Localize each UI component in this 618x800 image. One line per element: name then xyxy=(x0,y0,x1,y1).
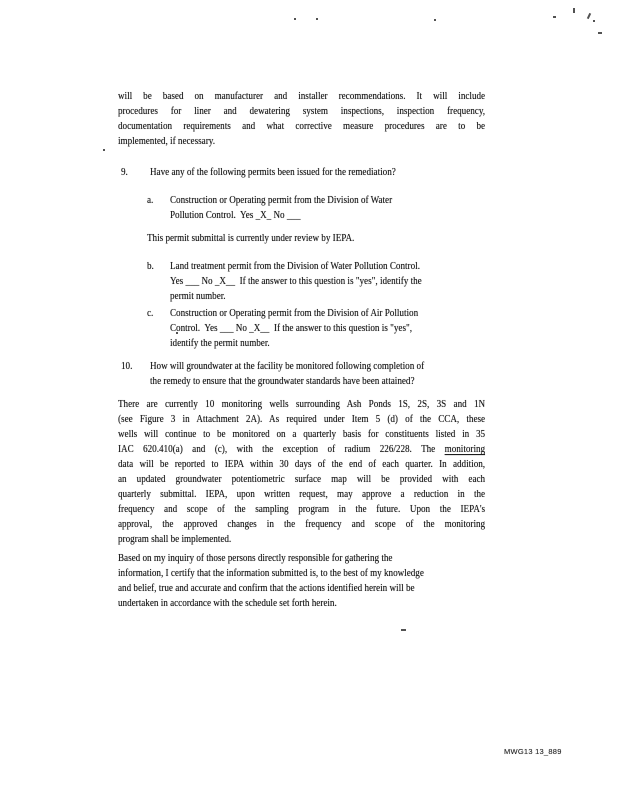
intro-paragraph: will be based on manufacturer and instal… xyxy=(118,89,485,149)
item-line: Construction or Operating permit from th… xyxy=(170,193,495,208)
item-line: Construction or Operating permit from th… xyxy=(170,306,495,321)
paragraph-line: approval, the approved changes in the fr… xyxy=(118,517,485,532)
paragraph-line: procedures for liner and dewatering syst… xyxy=(118,104,485,119)
item-9a-text: Construction or Operating permit from th… xyxy=(170,193,495,223)
scan-speck xyxy=(587,13,591,19)
question-9-text: Have any of the following permits been i… xyxy=(150,165,396,180)
paragraph-line: Based on my inquiry of those persons dir… xyxy=(118,551,485,566)
line-text: IAC 620.410(a) and (c), with the excepti… xyxy=(118,444,435,455)
scan-speck xyxy=(103,149,105,151)
item-line: Land treatment permit from the Division … xyxy=(170,259,495,274)
paragraph-line: (see Figure 3 in Attachment 2A). As requ… xyxy=(118,412,485,427)
paragraph-line: will be based on manufacturer and instal… xyxy=(118,89,485,104)
question-10-number: 10. xyxy=(121,359,132,374)
underlined-word: monitoring xyxy=(445,444,485,455)
scan-speck xyxy=(316,18,318,20)
scan-speck xyxy=(294,18,296,20)
item-line: Control. Yes ___ No _X__ If the answer t… xyxy=(170,321,495,336)
scan-speck xyxy=(593,20,595,22)
item-9b-letter: b. xyxy=(147,259,154,274)
permit-note: This permit submittal is currently under… xyxy=(147,231,354,246)
item-9a-letter: a. xyxy=(147,193,153,208)
item-line: Pollution Control. Yes _X_ No ___ xyxy=(170,208,495,223)
scan-speck xyxy=(176,332,178,334)
paragraph-line: IAC 620.410(a) and (c), with the excepti… xyxy=(118,442,485,457)
paragraph-line: implemented, if necessary. xyxy=(118,134,485,149)
paragraph-line: information, I certify that the informat… xyxy=(118,566,485,581)
scan-speck xyxy=(434,19,436,21)
item-line: permit number. xyxy=(170,289,495,304)
scanned-document-page: will be based on manufacturer and instal… xyxy=(0,0,618,800)
bates-number: MWG13 13_889 xyxy=(504,747,562,756)
item-9b-text: Land treatment permit from the Division … xyxy=(170,259,495,304)
item-letter: a. xyxy=(147,193,153,208)
question-10-text: How will groundwater at the facility be … xyxy=(150,359,475,389)
item-number: 10. xyxy=(121,359,132,374)
paragraph-line: data will be reported to IEPA within 30 … xyxy=(118,457,485,472)
item-line: Yes ___ No _X__ If the answer to this qu… xyxy=(170,274,495,289)
paragraph-line: frequency and scope of the sampling prog… xyxy=(118,502,485,517)
question-line: Have any of the following permits been i… xyxy=(150,165,396,180)
item-9c-text: Construction or Operating permit from th… xyxy=(170,306,495,351)
question-9-number: 9. xyxy=(121,165,128,180)
certification-paragraph: Based on my inquiry of those persons dir… xyxy=(118,551,485,611)
scan-speck xyxy=(598,32,602,34)
note-line: This permit submittal is currently under… xyxy=(147,231,354,246)
item-line: identify the permit number. xyxy=(170,336,495,351)
paragraph-line: There are currently 10 monitoring wells … xyxy=(118,397,485,412)
scan-speck xyxy=(573,8,575,13)
paragraph-line: quarterly submittal. IEPA, upon written … xyxy=(118,487,485,502)
scan-speck xyxy=(553,16,556,18)
scan-speck xyxy=(401,629,406,631)
item-9c-letter: c. xyxy=(147,306,153,321)
answer-10-paragraph: There are currently 10 monitoring wells … xyxy=(118,397,485,547)
item-number: 9. xyxy=(121,165,128,180)
paragraph-line: an updated groundwater potentiometric su… xyxy=(118,472,485,487)
paragraph-line: and belief, true and accurate and confir… xyxy=(118,581,485,596)
paragraph-line: wells will continue to be monitored on a… xyxy=(118,427,485,442)
paragraph-line: documentation requirements and what corr… xyxy=(118,119,485,134)
item-letter: b. xyxy=(147,259,154,274)
paragraph-line: undertaken in accordance with the schedu… xyxy=(118,596,485,611)
question-line: How will groundwater at the facility be … xyxy=(150,359,475,374)
paragraph-line: program shall be implemented. xyxy=(118,532,485,547)
question-line: the remedy to ensure that the groundwate… xyxy=(150,374,475,389)
item-letter: c. xyxy=(147,306,153,321)
